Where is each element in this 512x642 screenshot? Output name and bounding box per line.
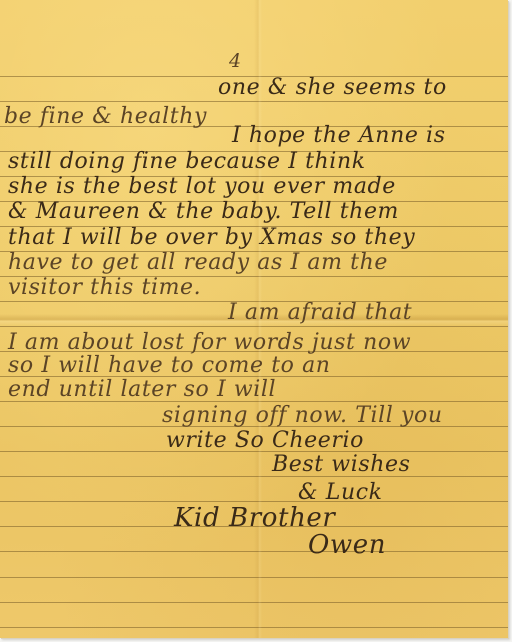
letter-line-13: end until later so I will <box>8 377 276 402</box>
letter-page: 4 one & she seems to be fine & healthy I… <box>0 0 508 638</box>
letter-line-7: that I will be over by Xmas so they <box>8 225 415 250</box>
letter-line-3: I hope the Anne is <box>232 123 446 148</box>
signature-owen: Owen <box>308 530 386 560</box>
letter-line-2: be fine & healthy <box>4 104 207 129</box>
letter-line-14: signing off now. Till you <box>162 403 443 428</box>
letter-line-1: one & she seems to <box>218 75 447 100</box>
letter-line-8: have to get all ready as I am the <box>8 250 388 275</box>
letter-line-15-closing: write So Cheerio <box>166 428 364 453</box>
letter-line-4: still doing fine because I think <box>8 149 366 174</box>
letter-line-10: I am afraid that <box>228 300 412 325</box>
signature-kid-brother: Kid Brother <box>174 503 335 533</box>
letter-line-12: so I will have to come to an <box>8 353 331 378</box>
letter-line-11: I am about lost for words just now <box>8 330 411 355</box>
letter-line-6: & Maureen & the baby. Tell them <box>8 199 399 224</box>
letter-line-9: visitor this time. <box>8 275 201 300</box>
closing-best-wishes: Best wishes <box>272 452 411 477</box>
page-number: 4 <box>229 50 242 72</box>
closing-and-luck: & Luck <box>298 480 383 505</box>
letter-line-5: she is the best lot you ever made <box>8 174 396 199</box>
